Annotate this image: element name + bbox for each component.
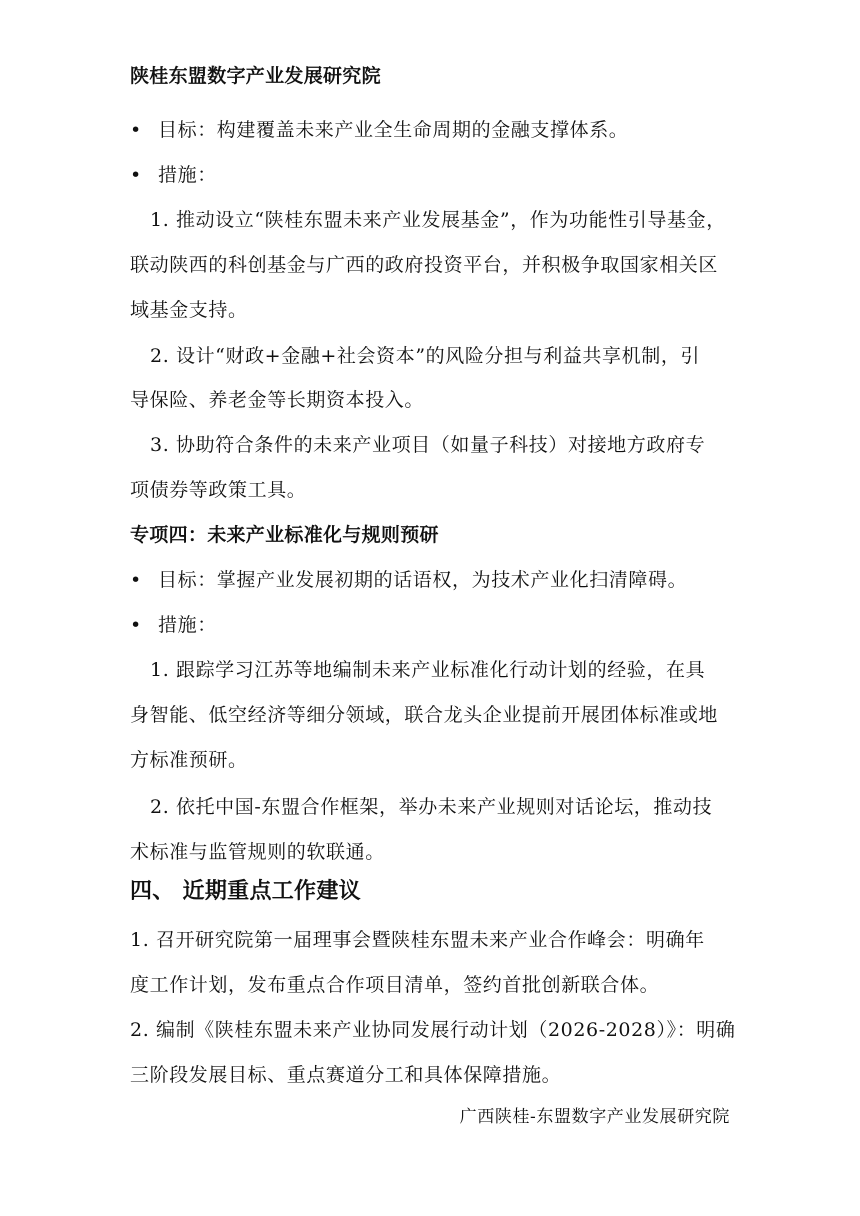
measures-bullet: •措施： <box>130 163 735 187</box>
page-header-title: 陕桂东盟数字产业发展研究院 <box>130 64 735 88</box>
bullet-icon: • <box>130 118 158 142</box>
measure-item-line: 导保险、养老金等长期资本投入。 <box>130 388 735 412</box>
measures-label: 措施： <box>158 614 217 636</box>
measures-label: 措施： <box>158 164 217 186</box>
section-heading: 专项四：未来产业标准化与规则预研 <box>130 523 735 547</box>
bullet-icon: • <box>130 163 158 187</box>
measure-item-line: 联动陕西的科创基金与广西的政府投资平台，并积极争取国家相关区 <box>130 253 735 277</box>
measure-item-line: 项债券等政策工具。 <box>130 478 735 502</box>
goal-bullet: •目标：掌握产业发展初期的话语权，为技术产业化扫清障碍。 <box>130 568 735 592</box>
measure-item-line: 方标准预研。 <box>130 748 735 772</box>
goal-text: 目标：掌握产业发展初期的话语权，为技术产业化扫清障碍。 <box>158 569 687 591</box>
measure-item-line: 2. 依托中国-东盟合作框架，举办未来产业规则对话论坛，推动技 <box>150 795 755 819</box>
work-item-line: 2. 编制《陕桂东盟未来产业协同发展行动计划（2026-2028）》：明确 <box>130 1018 735 1042</box>
measures-bullet: •措施： <box>130 613 735 637</box>
work-item-line: 度工作计划，发布重点合作项目清单，签约首批创新联合体。 <box>130 973 735 997</box>
measure-item-line: 域基金支持。 <box>130 298 735 322</box>
bullet-icon: • <box>130 568 158 592</box>
work-item-line: 三阶段发展目标、重点赛道分工和具体保障措施。 <box>130 1063 735 1087</box>
page-footer-org: 广西陕桂-东盟数字产业发展研究院 <box>460 1105 730 1129</box>
work-item-line: 1. 召开研究院第一届理事会暨陕桂东盟未来产业合作峰会：明确年 <box>130 928 735 952</box>
measure-item-line: 2. 设计“财政+金融+社会资本”的风险分担与利益共享机制，引 <box>150 344 755 368</box>
measure-item-line: 身智能、低空经济等细分领域，联合龙头企业提前开展团体标准或地 <box>130 703 735 727</box>
chapter-heading: 四、 近期重点工作建议 <box>130 880 735 904</box>
bullet-icon: • <box>130 613 158 637</box>
measure-item-line: 术标准与监管规则的软联通。 <box>130 840 735 864</box>
goal-text: 目标：构建覆盖未来产业全生命周期的金融支撑体系。 <box>158 119 628 141</box>
measure-item-line: 3. 协助符合条件的未来产业项目（如量子科技）对接地方政府专 <box>150 433 755 457</box>
goal-bullet: •目标：构建覆盖未来产业全生命周期的金融支撑体系。 <box>130 118 735 142</box>
measure-item-line: 1. 推动设立“陕桂东盟未来产业发展基金”，作为功能性引导基金， <box>150 208 755 232</box>
measure-item-line: 1. 跟踪学习江苏等地编制未来产业标准化行动计划的经验，在具 <box>150 658 755 682</box>
